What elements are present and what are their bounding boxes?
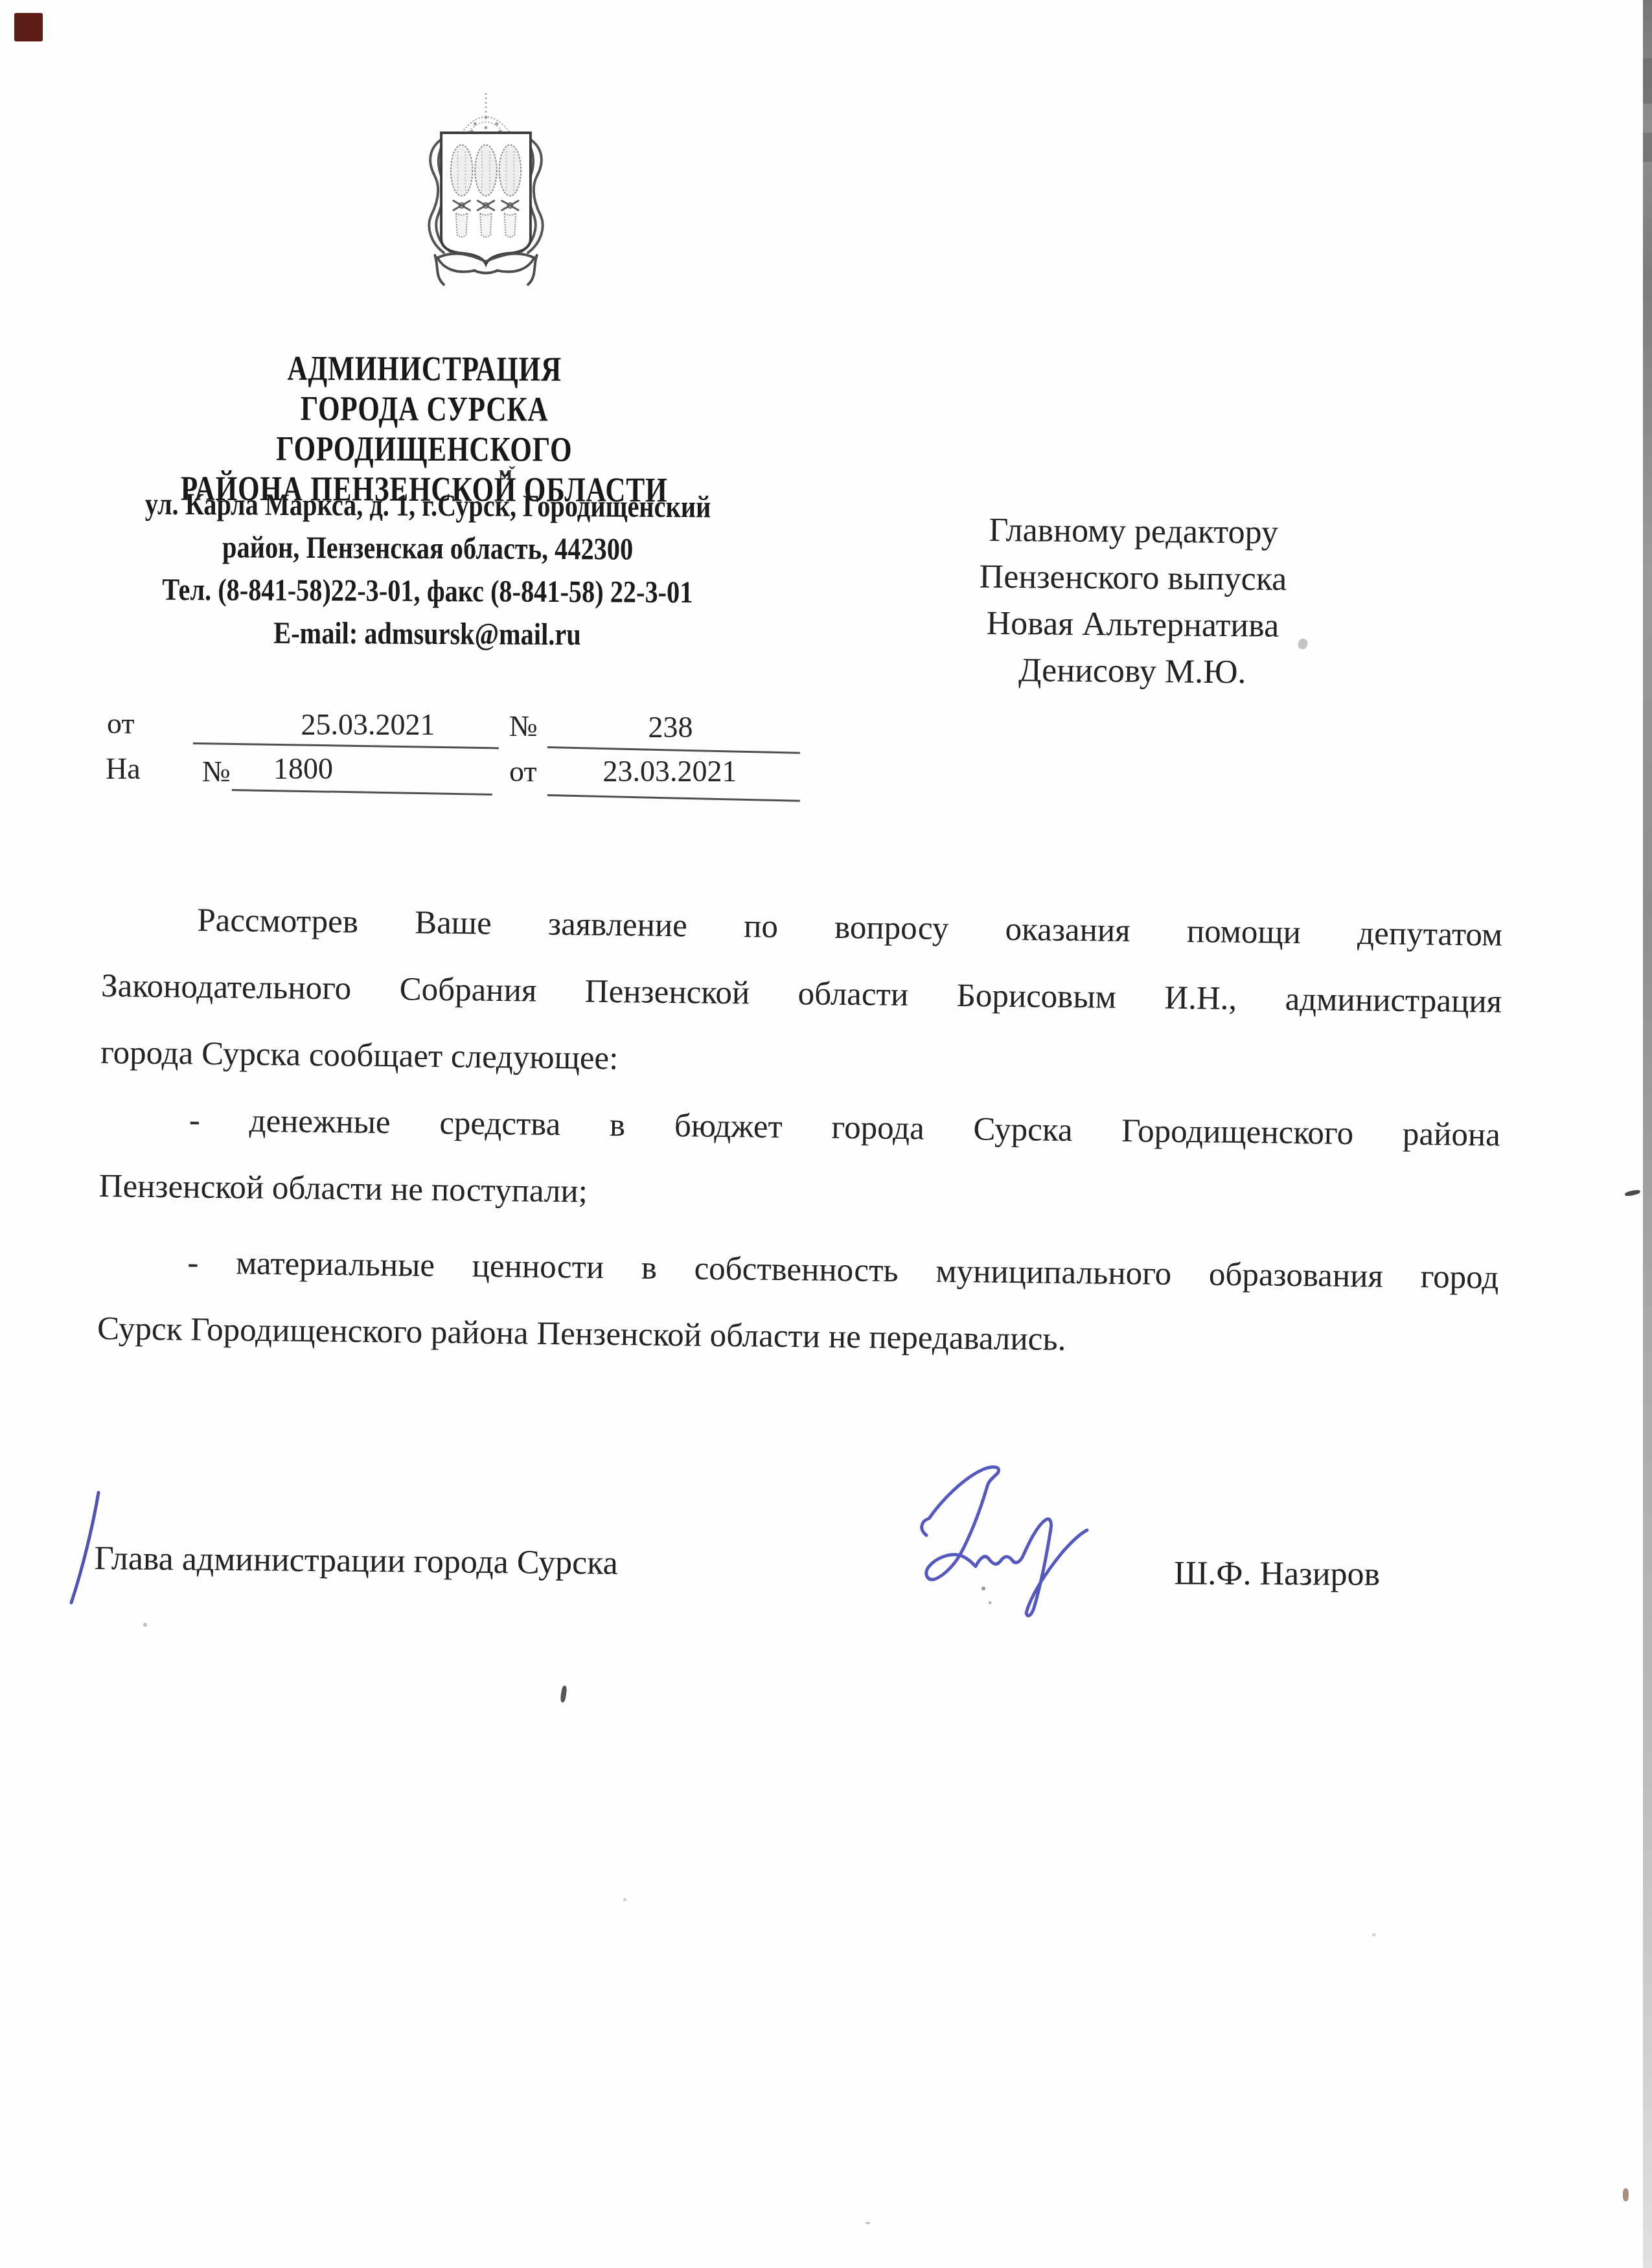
- recipient-block: Главному редактору Пензенского выпуска Н…: [931, 507, 1334, 696]
- address-line: E-mail: admsursk@mail.ru: [141, 612, 713, 658]
- signatory-name: Ш.Ф. Назиров: [1174, 1554, 1380, 1594]
- ref-underline: [547, 746, 800, 754]
- ref-no-label: №: [509, 709, 538, 743]
- recipient-line: Денисову М.Ю.: [931, 647, 1333, 696]
- scan-speck: [1625, 1189, 1641, 1197]
- scan-corner-mark: [14, 13, 43, 41]
- ref-underline: [547, 794, 800, 802]
- ref-underline: [193, 742, 499, 749]
- scan-speck: [1372, 1933, 1376, 1936]
- ref-outgoing-date: 25.03.2021: [271, 707, 465, 742]
- letterhead-address: ул. Карла Маркса, д. 1, г.Сурск, Городищ…: [141, 483, 713, 658]
- ref-underline: [232, 789, 492, 796]
- scan-edge-blotch: [1643, 133, 1652, 162]
- scan-speck: [623, 1898, 626, 1901]
- scan-speck: [143, 1623, 147, 1627]
- ref-incoming-date: 23.03.2021: [573, 754, 767, 788]
- ref-ot-label: от: [509, 754, 537, 788]
- ref-ot-label: от: [107, 706, 135, 740]
- recipient-line: Новая Альтернатива: [932, 600, 1334, 650]
- recipient-line: Пензенского выпуска: [932, 553, 1335, 603]
- ref-outgoing-number: 238: [573, 710, 768, 744]
- address-line: Тел. (8-841-58)22-3-01, факс (8-841-58) …: [142, 569, 713, 615]
- scanned-letter-page: АДМИНИСТРАЦИЯ ГОРОДА СУРСКА ГОРОДИЩЕНСКО…: [0, 0, 1652, 2268]
- org-line: ГОРОДА СУРСКА ГОРОДИЩЕНСКОГО: [152, 388, 696, 470]
- scan-edge-shadow: [1643, 0, 1652, 2268]
- signatory-title: Глава администрации города Сурска: [94, 1539, 618, 1583]
- scan-edge-blotch: [1643, 58, 1652, 104]
- scan-speck: [560, 1686, 568, 1703]
- address-line: ул. Карла Маркса, д. 1, г.Сурск, Городищ…: [142, 483, 713, 529]
- org-line: АДМИНИСТРАЦИЯ: [152, 348, 696, 390]
- stray-print-mark: м̌: [499, 463, 512, 485]
- coat-of-arms-icon: [415, 91, 557, 295]
- ref-incoming-number: 1800: [238, 751, 368, 786]
- address-line: район, Пензенская область, 442300: [142, 526, 713, 572]
- ref-na-label: На: [106, 751, 141, 786]
- signature-ink: [907, 1459, 1101, 1627]
- recipient-line: Главному редактору: [932, 507, 1335, 556]
- scan-speck: [1623, 2188, 1629, 2201]
- letter-body: Рассмотрев Ваше заявление по вопросу ока…: [97, 886, 1503, 1378]
- ref-no-label: №: [202, 754, 231, 788]
- scan-speck: [866, 2222, 870, 2224]
